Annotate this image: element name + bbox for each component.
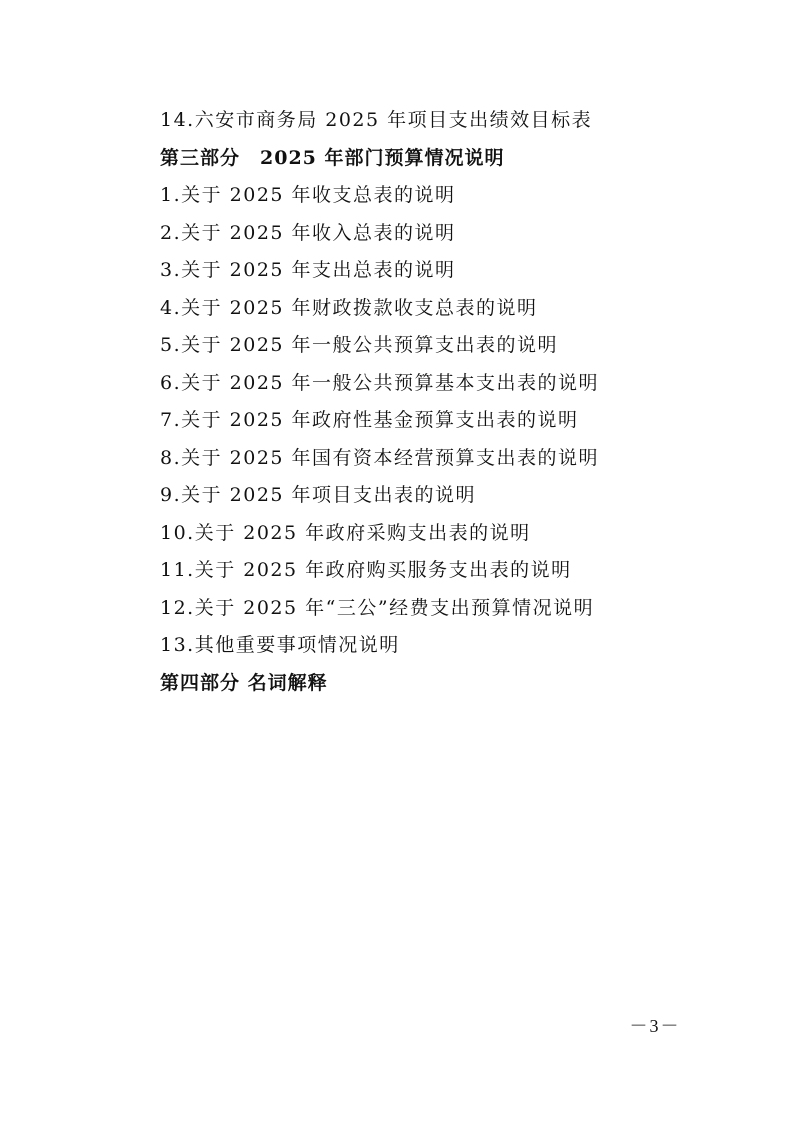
section-heading-part-three: 第三部分 2025 年部门预算情况说明: [160, 140, 640, 178]
toc-item-5: 5.关于 2025 年一般公共预算支出表的说明: [160, 327, 640, 365]
toc-item-4: 4.关于 2025 年财政拨款收支总表的说明: [160, 290, 640, 328]
toc-item-10: 10.关于 2025 年政府采购支出表的说明: [160, 515, 640, 553]
toc-item-13: 13.其他重要事项情况说明: [160, 627, 640, 665]
toc-item-9: 9.关于 2025 年项目支出表的说明: [160, 477, 640, 515]
toc-item-1: 1.关于 2025 年收支总表的说明: [160, 177, 640, 215]
toc-item-2: 2.关于 2025 年收入总表的说明: [160, 215, 640, 253]
toc-item-8: 8.关于 2025 年国有资本经营预算支出表的说明: [160, 440, 640, 478]
toc-item-11: 11.关于 2025 年政府购买服务支出表的说明: [160, 552, 640, 590]
document-page: 14.六安市商务局 2025 年项目支出绩效目标表 第三部分 2025 年部门预…: [0, 0, 793, 1122]
section-heading-part-four: 第四部分 名词解释: [160, 665, 640, 703]
toc-item-6: 6.关于 2025 年一般公共预算基本支出表的说明: [160, 365, 640, 403]
toc-item-12: 12.关于 2025 年“三公”经费支出预算情况说明: [160, 590, 640, 628]
toc-item-3: 3.关于 2025 年支出总表的说明: [160, 252, 640, 290]
toc-item-7: 7.关于 2025 年政府性基金预算支出表的说明: [160, 402, 640, 440]
toc-item-14-project-performance-table: 14.六安市商务局 2025 年项目支出绩效目标表: [160, 102, 640, 140]
page-number: －3－: [620, 1012, 690, 1038]
table-of-contents: 14.六安市商务局 2025 年项目支出绩效目标表 第三部分 2025 年部门预…: [160, 102, 640, 702]
